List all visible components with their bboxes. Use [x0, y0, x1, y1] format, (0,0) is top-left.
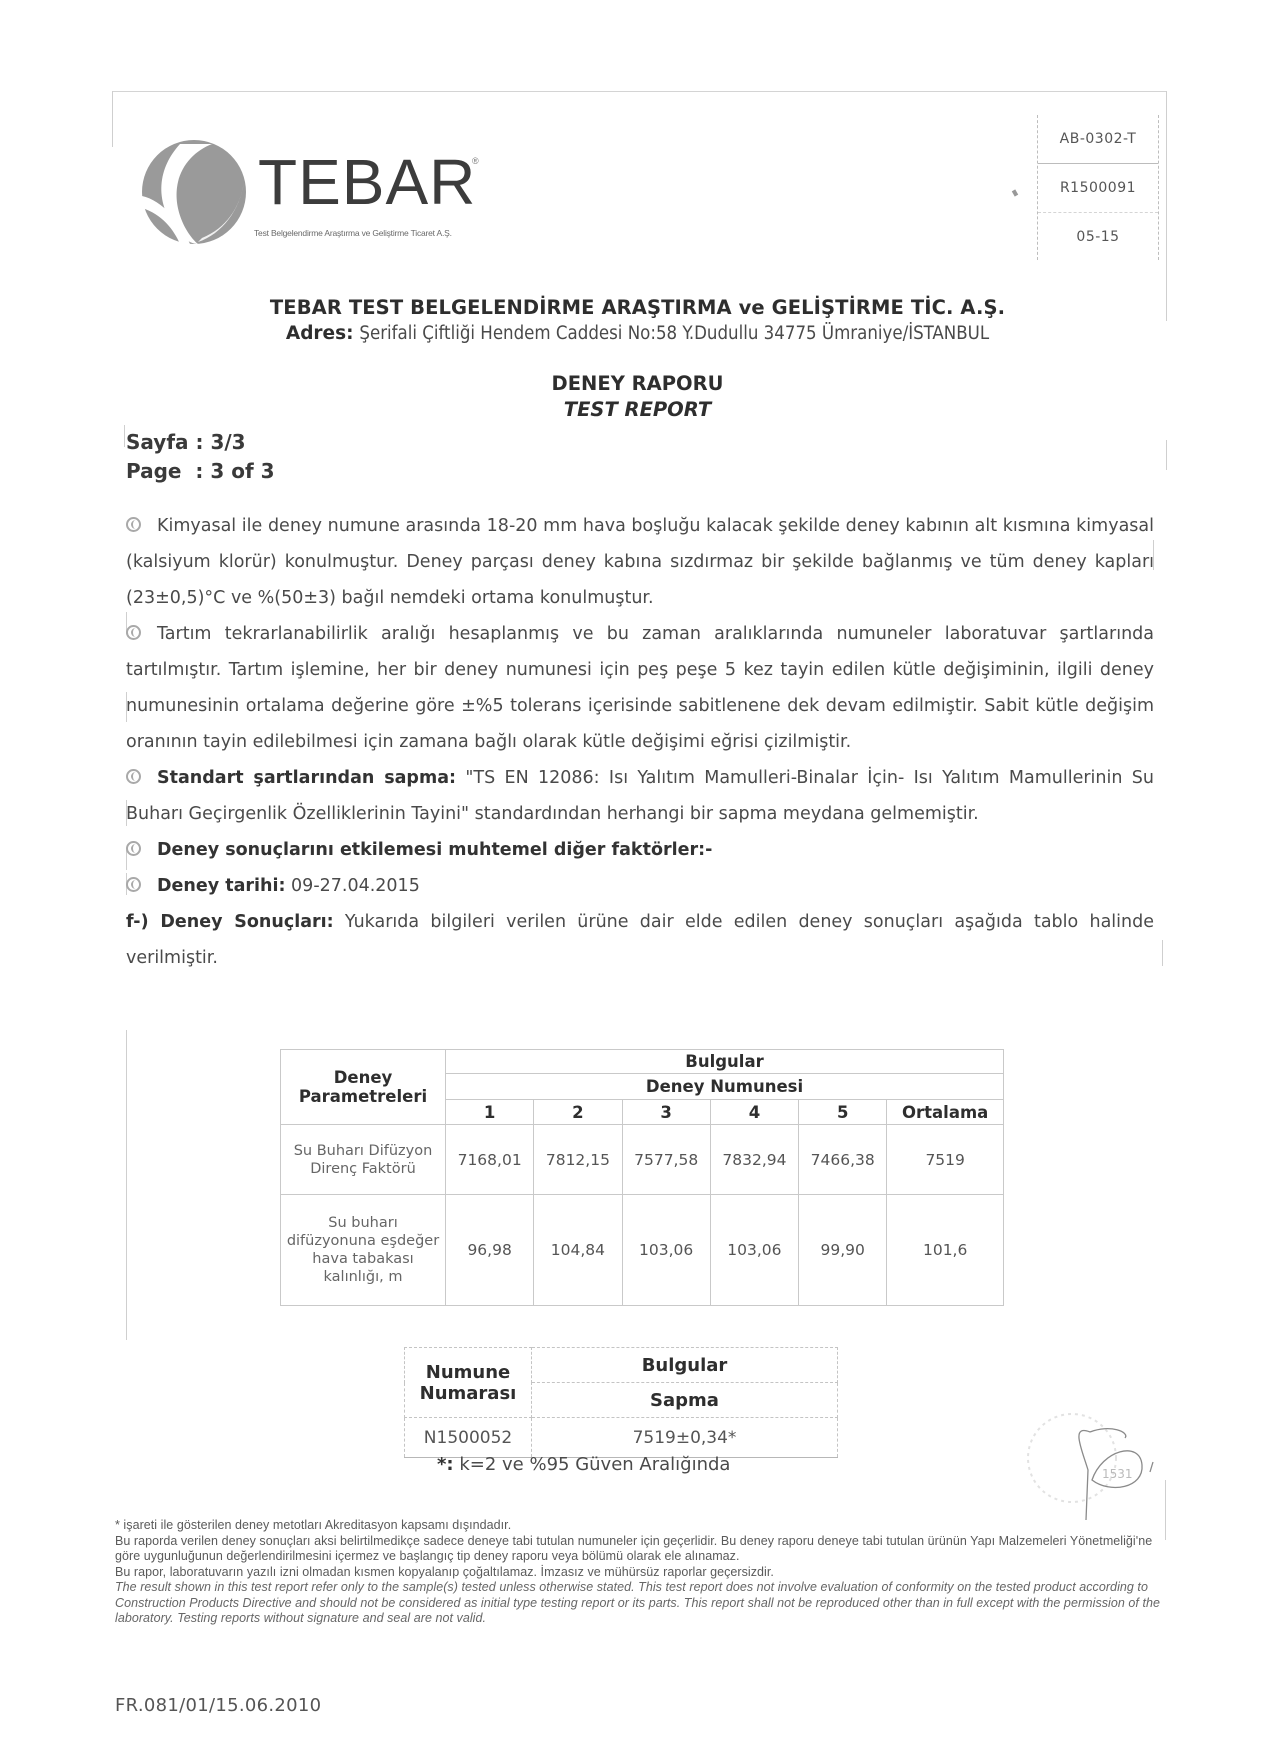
edge-mark — [124, 425, 125, 447]
deviation-label: Standart şartlarından sapma: — [157, 768, 456, 788]
company-address: Adres: Şerifali Çiftliği Hendem Caddesi … — [0, 323, 1275, 344]
table-row: Su Buharı Difüzyon Direnç Faktörü 7168,0… — [281, 1125, 1004, 1195]
table-cell: 96,98 — [446, 1195, 534, 1306]
paragraph-chemical: Kimyasal ile deney numune arasında 18-20… — [126, 508, 1154, 616]
report-body: Kimyasal ile deney numune arasında 18-20… — [126, 508, 1154, 976]
footer-line-en: The result shown in this test report ref… — [115, 1580, 1160, 1627]
table-cell: 103,06 — [710, 1195, 798, 1306]
globe-logo-icon — [140, 138, 248, 246]
bullet-icon — [126, 877, 141, 892]
column-header: 1 — [446, 1100, 534, 1125]
paragraph-test-date: Deney tarihi: 09-27.04.2015 — [126, 868, 1154, 904]
page-frame-top — [112, 91, 1167, 92]
footer-disclaimer: * işareti ile gösterilen deney metotları… — [115, 1518, 1160, 1627]
address-text: Şerifali Çiftliği Hendem Caddesi No:58 Y… — [359, 323, 989, 344]
stamp-mark — [1012, 189, 1018, 196]
table-cell: 7577,58 — [622, 1125, 710, 1195]
column-header: 3 — [622, 1100, 710, 1125]
paragraph-deviation: Standart şartlarından sapma: "TS EN 1208… — [126, 760, 1154, 832]
company-name: TEBAR TEST BELGELENDİRME ARAŞTIRMA ve GE… — [0, 296, 1275, 319]
sample-header: Deney Numunesi — [446, 1074, 1004, 1100]
edge-mark — [1166, 440, 1167, 470]
page-number-en: Page : 3 of 3 — [126, 457, 275, 486]
footer-line: * işareti ile gösterilen deney metotları… — [115, 1518, 1160, 1534]
table-cell: 7466,38 — [799, 1125, 887, 1195]
findings-header: Bulgular — [446, 1050, 1004, 1074]
paragraph-results-intro: f-) Deney Sonuçları: Yukarıda bilgileri … — [126, 904, 1154, 976]
uncertainty-table: Numune Numarası Bulgular Sapma N1500052 … — [404, 1347, 838, 1458]
test-date: 09-27.04.2015 — [285, 876, 419, 896]
table-row: N1500052 7519±0,34* — [405, 1418, 838, 1458]
company-logo: TEBAR ® Test Belgelendirme Araştırma ve … — [140, 138, 520, 253]
param-header: Deney Parametreleri — [281, 1050, 446, 1125]
edge-mark — [1165, 1480, 1166, 1540]
registered-mark: ® — [472, 156, 479, 166]
footer-line: Bu raporda verilen deney sonuçları aksi … — [115, 1534, 1160, 1565]
table-cell-average: 7519 — [887, 1125, 1004, 1195]
report-date-code: 05-15 — [1038, 212, 1158, 261]
table-row: Su buharı difüzyonuna eşdeğer hava tabak… — [281, 1195, 1004, 1306]
row-parameter: Su Buharı Difüzyon Direnç Faktörü — [281, 1125, 446, 1195]
address-label: Adres: — [286, 323, 354, 344]
logo-tagline: Test Belgelendirme Araştırma ve Geliştir… — [254, 228, 452, 238]
footer-line: Bu rapor, laboratuvarın yazılı izni olma… — [115, 1565, 1160, 1581]
table-cell: 104,84 — [534, 1195, 622, 1306]
column-header: 2 — [534, 1100, 622, 1125]
frame-right-line — [1166, 91, 1167, 321]
bullet-icon — [126, 769, 141, 784]
form-code: AB-0302-T — [1038, 115, 1158, 163]
row-parameter: Su buharı difüzyonuna eşdeğer hava tabak… — [281, 1195, 446, 1306]
column-header: Ortalama — [887, 1100, 1004, 1125]
findings-header: Bulgular — [532, 1348, 838, 1383]
table-cell: 99,90 — [799, 1195, 887, 1306]
table-cell: 103,06 — [622, 1195, 710, 1306]
svg-text:1531: 1531 — [1102, 1467, 1133, 1481]
deviation-header: Sapma — [532, 1383, 838, 1418]
report-number: R1500091 — [1038, 163, 1158, 212]
table-cell: 7832,94 — [710, 1125, 798, 1195]
edge-mark — [1162, 940, 1163, 966]
paragraph-weighing: Tartım tekrarlanabilirlik aralığı hesapl… — [126, 616, 1154, 760]
report-title-tr: DENEY RAPORU — [0, 372, 1275, 395]
table-cell-average: 101,6 — [887, 1195, 1004, 1306]
paragraph-other-factors: Deney sonuçlarını etkilemesi muhtemel di… — [126, 832, 1154, 868]
page-number-tr: Sayfa : 3/3 — [126, 428, 275, 457]
results-table: Deney Parametreleri Bulgular Deney Numun… — [280, 1049, 1004, 1306]
document-code-box: AB-0302-T R1500091 05-15 — [1037, 115, 1159, 260]
deviation-value: 7519±0,34* — [532, 1418, 838, 1458]
logo-wordmark: TEBAR — [258, 150, 476, 214]
edge-mark — [126, 1030, 127, 1340]
table-cell: 7168,01 — [446, 1125, 534, 1195]
frame-left-line — [112, 91, 113, 147]
sample-number-header: Numune Numarası — [405, 1348, 532, 1418]
bullet-icon — [126, 625, 141, 640]
sample-number: N1500052 — [405, 1418, 532, 1458]
page-number: Sayfa : 3/3 Page : 3 of 3 — [126, 428, 275, 486]
bullet-icon — [126, 517, 141, 532]
column-header: 5 — [799, 1100, 887, 1125]
bullet-icon — [126, 841, 141, 856]
report-title-en: TEST REPORT — [0, 398, 1275, 421]
form-revision-code: FR.081/01/15.06.2010 — [115, 1695, 321, 1716]
signature-icon: 1531 — [1010, 1410, 1160, 1530]
uncertainty-note: *: k=2 ve %95 Güven Aralığında — [437, 1454, 730, 1475]
column-header: 4 — [710, 1100, 798, 1125]
table-cell: 7812,15 — [534, 1125, 622, 1195]
